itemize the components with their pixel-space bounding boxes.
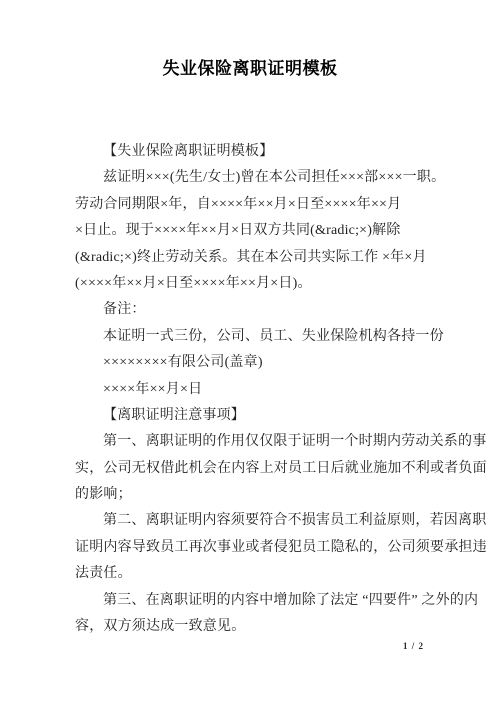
text-line: 的影响； (75, 482, 435, 508)
text-line: (××××年××月×日至××××年××月×日)。 (75, 271, 435, 297)
text-line: 【失业保险离职证明模板】 (75, 139, 435, 165)
text-line: 劳动合同期限×年，自××××年××月×日至××××年××月 (75, 192, 435, 218)
text-line: ××××年××月×日 (75, 377, 435, 403)
text-line: 法责任。 (75, 561, 435, 587)
text-line: 容，双方须达成一致意见。 (75, 614, 435, 640)
text-line: 兹证明×××(先生/女士)曾在本公司担任×××部×××一职。 (75, 165, 435, 191)
text-line: 备注： (75, 297, 435, 323)
document-body: 【失业保险离职证明模板】兹证明×××(先生/女士)曾在本公司担任×××部×××一… (75, 139, 435, 640)
text-line: 第三、在离职证明的内容中增加除了法定 “四要件” 之外的内 (75, 588, 435, 614)
text-line: 第一、离职证明的作用仅仅限于证明一个时期内劳动关系的事 (75, 429, 435, 455)
document-page: 失业保险离职证明模板 【失业保险离职证明模板】兹证明×××(先生/女士)曾在本公… (0, 0, 500, 707)
text-line: 第二、离职证明内容须要符合不损害员工利益原则，若因离职 (75, 508, 435, 534)
text-line: (&radic;×)终止劳动关系。其在本公司共实际工作 ×年×月 (75, 245, 435, 271)
page-title: 失业保险离职证明模板 (0, 58, 500, 80)
text-line: 本证明一式三份，公司、员工、失业保险机构各持一份 (75, 324, 435, 350)
text-line: 证明内容导致员工再次事业或者侵犯员工隐私的，公司须要承担违 (75, 535, 435, 561)
text-line: ×日止。现于××××年××月×日双方共同(&radic;×)解除 (75, 218, 435, 244)
page-number: 1 / 2 (403, 641, 424, 651)
text-line: ××××××××有限公司(盖章) (75, 350, 435, 376)
text-line: 实，公司无权借此机会在内容上对员工日后就业施加不利或者负面 (75, 456, 435, 482)
text-line: 【离职证明注意事项】 (75, 403, 435, 429)
